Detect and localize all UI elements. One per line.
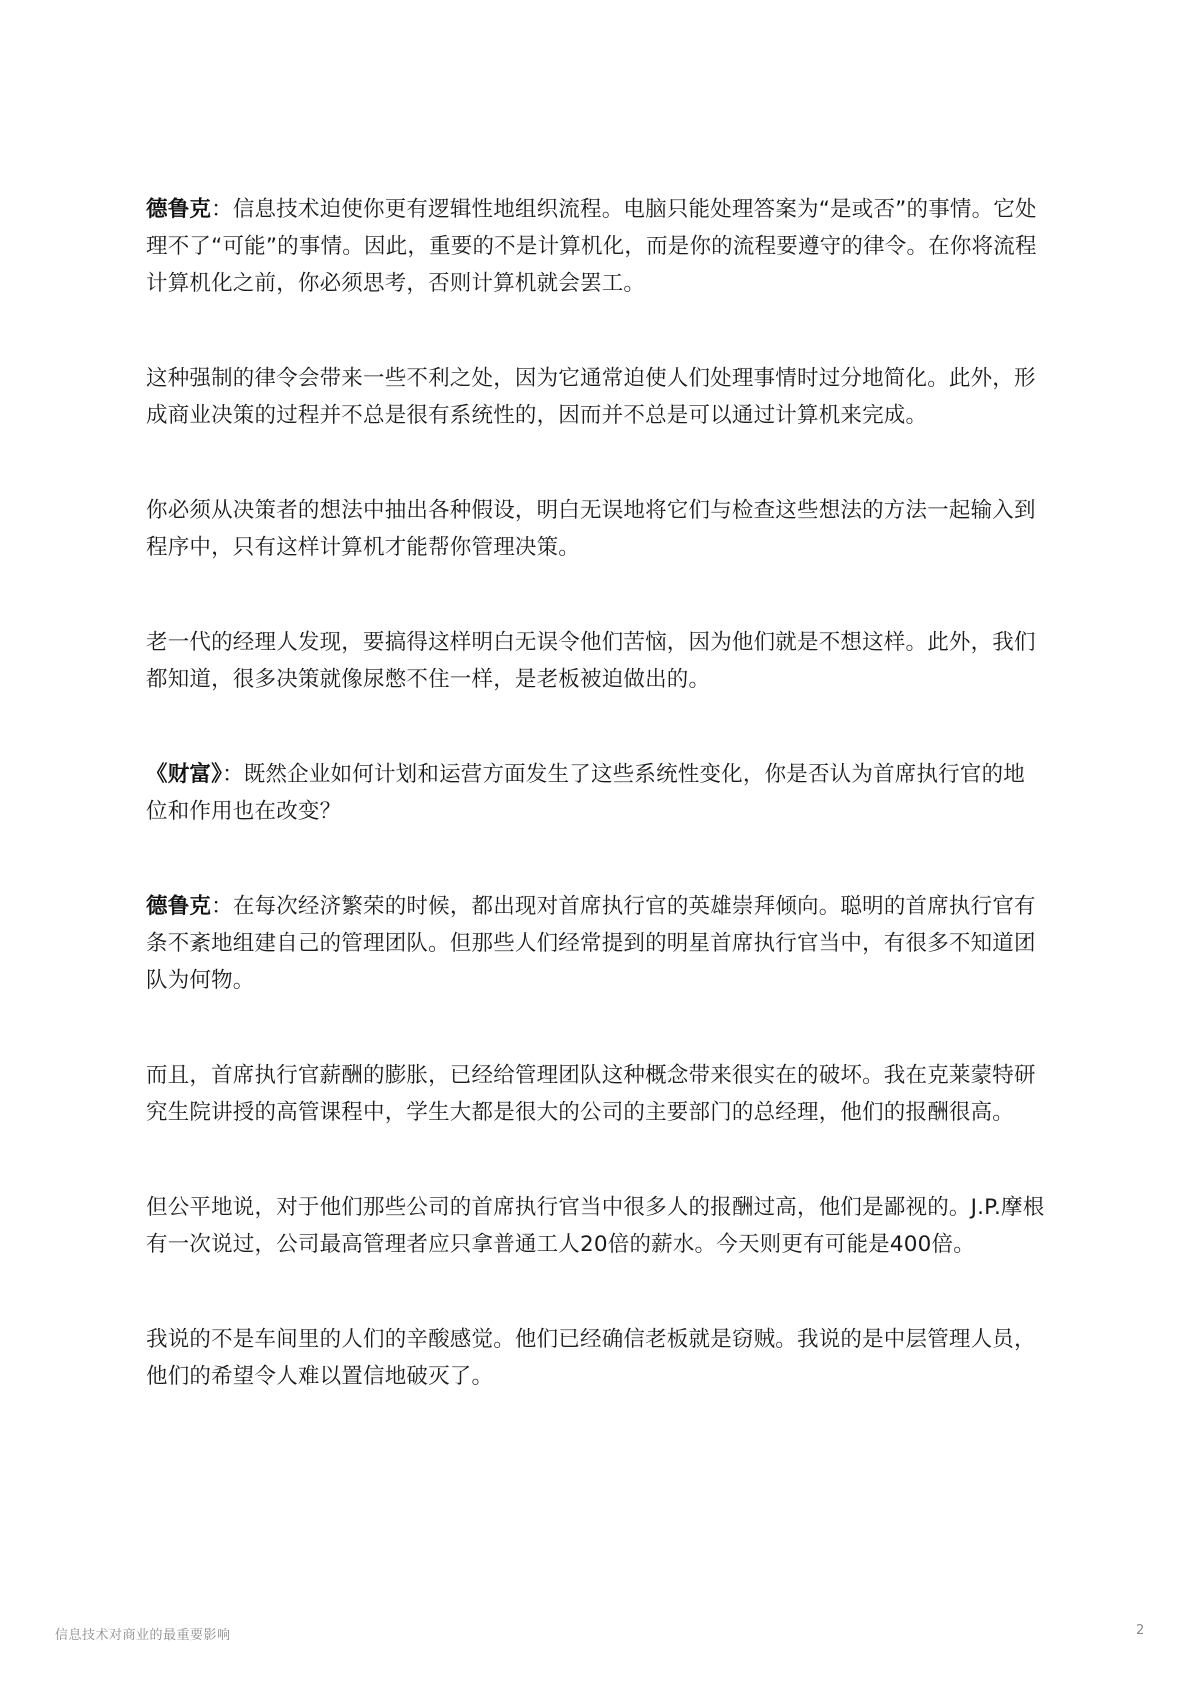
paragraph-text: 我说的不是车间里的人们的辛酸感觉。他们已经确信老板就是窃贼。我说的是中层管理人员… [146,1327,1036,1389]
speaker-separator: ： [211,197,233,222]
paragraph-3: 你必须从决策者的想法中抽出各种假设，明白无误地将它们与检查这些想法的方法一起输入… [146,492,1046,566]
paragraph-2: 这种强制的律令会带来一些不利之处，因为它通常迫使人们处理事情时过分地简化。此外，… [146,360,1046,434]
speaker-separator: ： [222,762,244,787]
paragraph-7: 而且，首席执行官薪酬的膨胀，已经给管理团队这种概念带来很实在的破坏。我在克莱蒙特… [146,1057,1046,1131]
speaker-label: 德鲁克 [146,197,211,222]
paragraph-text: 在每次经济繁荣的时候，都出现对首席执行官的英雄崇拜倾向。聪明的首席执行官有条不紊… [146,894,1036,993]
speaker-label: 《财富》 [146,762,222,787]
document-body: 德鲁克：信息技术迫使你更有逻辑性地组织流程。电脑只能处理答案为“是或否”的事情。… [146,191,1046,1453]
paragraph-9: 我说的不是车间里的人们的辛酸感觉。他们已经确信老板就是窃贼。我说的是中层管理人员… [146,1321,1046,1395]
speaker-label: 德鲁克 [146,894,211,919]
paragraph-text: 老一代的经理人发现，要搞得这样明白无误令他们苦恼，因为他们就是不想这样。此外，我… [146,630,1036,692]
paragraph-4: 老一代的经理人发现，要搞得这样明白无误令他们苦恼，因为他们就是不想这样。此外，我… [146,624,1046,698]
paragraph-drucker-2: 德鲁克：在每次经济繁荣的时候，都出现对首席执行官的英雄崇拜倾向。聪明的首席执行官… [146,888,1046,999]
paragraph-text: 你必须从决策者的想法中抽出各种假设，明白无误地将它们与检查这些想法的方法一起输入… [146,498,1036,560]
footer-document-title: 信息技术对商业的最重要影响 [55,1624,231,1643]
paragraph-8: 但公平地说，对于他们那些公司的首席执行官当中很多人的报酬过高，他们是鄙视的。J.… [146,1189,1046,1263]
paragraph-text: 而且，首席执行官薪酬的膨胀，已经给管理团队这种概念带来很实在的破坏。我在克莱蒙特… [146,1063,1036,1125]
paragraph-fortune-question: 《财富》：既然企业如何计划和运营方面发生了这些系统性变化，你是否认为首席执行官的… [146,756,1046,830]
footer-page-number: 2 [1136,1623,1144,1638]
paragraph-text: 但公平地说，对于他们那些公司的首席执行官当中很多人的报酬过高，他们是鄙视的。J.… [146,1195,1044,1257]
paragraph-text: 既然企业如何计划和运营方面发生了这些系统性变化，你是否认为首席执行官的地位和作用… [146,762,1025,824]
speaker-separator: ： [211,894,233,919]
paragraph-drucker-1: 德鲁克：信息技术迫使你更有逻辑性地组织流程。电脑只能处理答案为“是或否”的事情。… [146,191,1046,302]
paragraph-text: 信息技术迫使你更有逻辑性地组织流程。电脑只能处理答案为“是或否”的事情。它处理不… [146,197,1037,296]
paragraph-text: 这种强制的律令会带来一些不利之处，因为它通常迫使人们处理事情时过分地简化。此外，… [146,366,1036,428]
